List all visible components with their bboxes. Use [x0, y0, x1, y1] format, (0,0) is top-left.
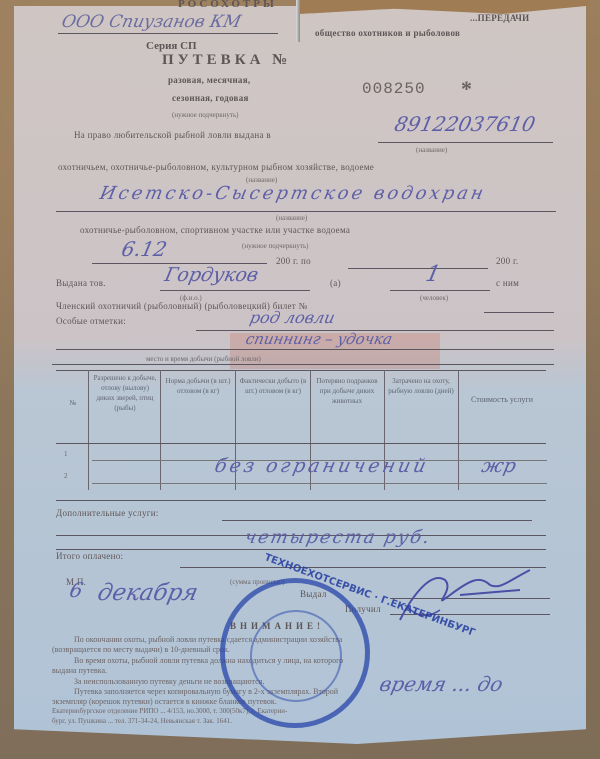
table-header-cost: Стоимость услуги	[462, 395, 542, 405]
place-label: охотничьем, охотничье-рыболовном, культу…	[58, 162, 374, 172]
date-month: декабря	[95, 580, 200, 606]
issued-label: Выдана тов.	[56, 278, 106, 288]
table-header-lost: Потеряно подранков при добыче диких живо…	[313, 376, 381, 406]
table-header-days: Затрачено на охоту, рыбную ловлю (дней)	[387, 376, 455, 396]
extra-services-label: Дополнительные услуги:	[56, 508, 159, 518]
table-col-divider	[88, 370, 89, 490]
table-row-cost: жр	[480, 455, 518, 477]
note-line-9: бург, ул. Пушкина ... тел. 371-34-24, Не…	[52, 717, 232, 725]
note-line-2: (возвращается по месту выдачи) в 10-днев…	[52, 645, 230, 654]
date-to-line	[348, 268, 488, 269]
notes-value-1: род ловли	[248, 308, 337, 327]
place-sub-hint-2: (нужное подчеркнуть)	[242, 242, 308, 250]
place-sub-label: охотничье-рыболовном, спортивном участке…	[80, 225, 350, 235]
right-underline	[378, 142, 553, 143]
total-line-1	[56, 549, 546, 550]
notes-line-3	[52, 364, 554, 365]
table-row-1-no: 1	[64, 450, 68, 458]
table-header-actual: Фактически добыто (в шт.) отловом (в кг)	[238, 376, 308, 396]
with-suffix: с ним	[496, 278, 519, 288]
org-underline	[58, 33, 278, 34]
table-row-2-value: без ограничений	[213, 455, 431, 477]
date-year: 200 г.	[496, 256, 518, 266]
table-header-no: №	[60, 398, 86, 408]
table-col-divider	[160, 370, 161, 490]
table-header-bottom	[56, 443, 546, 444]
kind-line-2: сезонная, годовая	[172, 93, 249, 103]
kind-line-1: разовая, месячная,	[168, 75, 250, 85]
with-label: (а)	[330, 278, 341, 288]
table-header-norm: Норма добычи (в шт.) отловом (в кг)	[164, 376, 232, 396]
table-row-2-line	[92, 483, 547, 484]
note-line-4: выдана путевка.	[52, 666, 107, 675]
table-row-2-no: 2	[64, 472, 68, 480]
table-header-allowed: Разрешено к добыче, отлову (вылову) дики…	[92, 373, 158, 413]
snowflake-mark-icon: *	[461, 76, 472, 102]
total-value: четыреста руб.	[243, 527, 433, 548]
issued-line	[160, 290, 310, 291]
right-hint: (название)	[416, 146, 447, 154]
document-title: ПУТЕВКА №	[162, 52, 291, 69]
notes-value-2: спиннинг – удочка	[244, 330, 394, 348]
place-underline	[56, 211, 556, 212]
handwritten-org: ООО Спиузанов КМ	[60, 12, 243, 32]
signature-icon	[390, 560, 540, 630]
right-label: На право любительской рыбной ловли выдан…	[74, 130, 271, 140]
permit-number: 008250	[362, 80, 426, 98]
table-top-border	[56, 370, 546, 371]
extra-line	[222, 520, 532, 521]
member-line	[484, 312, 554, 313]
table-col-divider	[458, 370, 459, 490]
with-hint: (человек)	[420, 294, 448, 302]
with-line	[390, 290, 490, 291]
issued-value: Гордуков	[163, 264, 261, 286]
series-label: Серия СП	[146, 40, 197, 52]
round-stamp-inner	[250, 610, 342, 702]
notes-line-2	[56, 349, 554, 350]
pin	[296, 0, 300, 42]
header-right-top: ...ПЕРЕДАЧИ	[470, 13, 529, 23]
date-from: 6.12	[119, 237, 169, 261]
right-value: 89122037610	[392, 112, 537, 136]
handwritten-note: время ... до	[377, 672, 505, 696]
org-top: РОСОХОТРЫ	[178, 0, 277, 10]
place-value: Исетско-Сысертское водохран	[98, 183, 488, 204]
notes-label: Особые отметки:	[56, 316, 126, 326]
table-bottom-border	[56, 500, 546, 501]
kind-hint: (нужное подчеркнуть)	[172, 111, 238, 119]
date-mid: 200 г. по	[276, 256, 311, 266]
place-sub-hint: (название)	[276, 214, 307, 222]
total-label: Итого оплачено:	[56, 551, 123, 561]
header-right-sub: общество охотников и рыболовов	[315, 28, 460, 38]
notes-hint: место и время добычи (рыбной ловли)	[146, 355, 261, 363]
